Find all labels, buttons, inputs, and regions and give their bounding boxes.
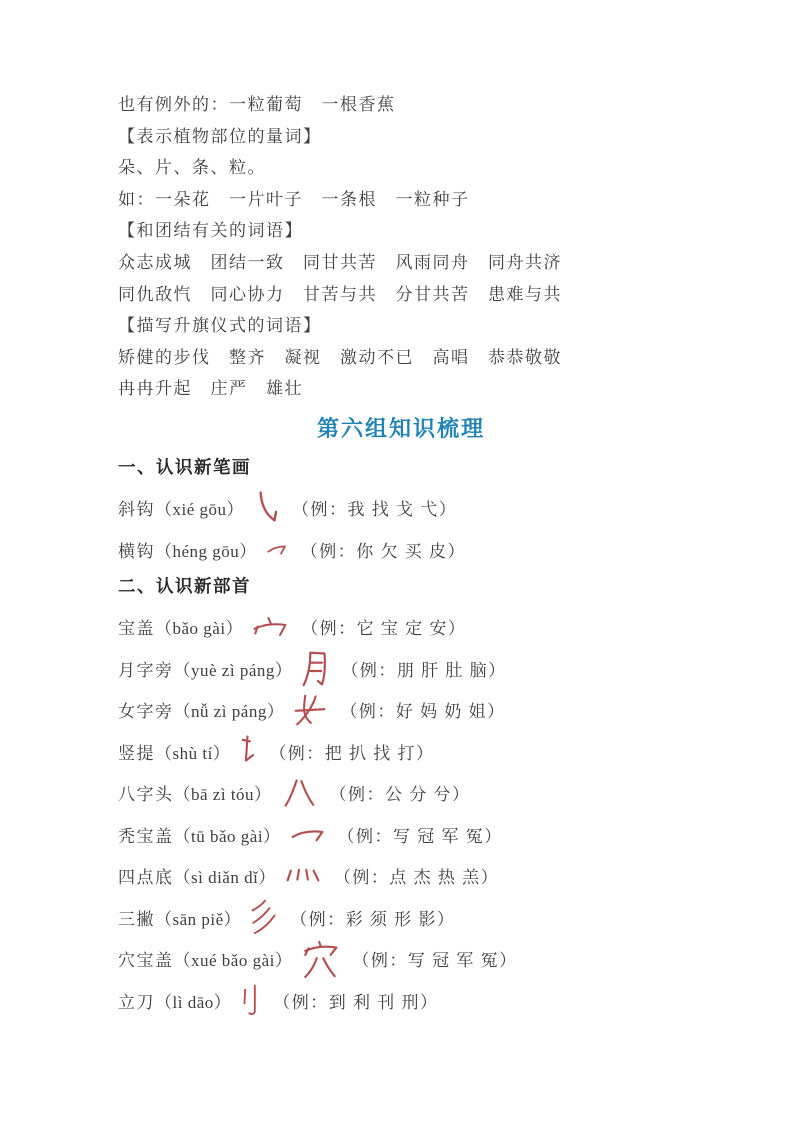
radical-label: 四点底 (118, 863, 174, 888)
radical-row-bazitou: 八字头（bā zì tóu） （例：公 分 兮） (118, 772, 684, 814)
radical-examples: （例：点 杰 热 羔） (334, 863, 499, 888)
radical-pinyin: （tū bǎo gài） (174, 822, 281, 847)
radical-examples: （例：它 宝 定 安） (301, 614, 466, 639)
text-line: 朵、片、条、粒。 (118, 159, 684, 178)
stroke-label: 斜钩 (118, 495, 155, 520)
bao-gai-radical-icon (253, 616, 287, 637)
text-line: 如：一朵花 一片叶子 一条根 一粒种子 (118, 191, 684, 210)
document-page: 也有例外的：一粒葡萄 一根香蕉 【表示植物部位的量词】 朵、片、条、粒。 如：一… (0, 0, 794, 1021)
radical-pinyin: （nǚ zì páng） (174, 697, 285, 722)
radical-examples: （例：写 冠 军 冤） (338, 822, 503, 847)
radical-label: 女字旁 (118, 697, 174, 722)
new-radicals-list: 宝盖（bǎo gài） （例：它 宝 定 安） 月字旁（yuè zì páng）… (118, 606, 684, 1021)
radical-row-lidao: 立刀（lì dāo） （例：到 利 刊 刑） (118, 979, 684, 1021)
radical-examples: （例：写 冠 军 冤） (352, 946, 517, 971)
text-line: 众志成城 团结一致 同甘共苦 风雨同舟 同舟共济 (118, 254, 684, 273)
radical-row-tubaogai: 秃宝盖（tū bǎo gài） （例：写 冠 军 冤） (118, 813, 684, 855)
radical-row-sanpie: 三撇（sān piě） （例：彩 须 形 影） (118, 896, 684, 938)
radical-pinyin: （sān piě） (155, 905, 241, 930)
radical-pinyin: （bā zì tóu） (174, 780, 272, 805)
radical-row-yuezipang: 月字旁（yuè zì páng） （例：朋 肝 肚 脑） (118, 647, 684, 689)
radical-label: 宝盖 (118, 614, 155, 639)
bracket-heading: 【表示植物部位的量词】 (118, 128, 684, 147)
stroke-pinyin: （héng gōu） (155, 537, 257, 562)
stroke-examples: （例：你 欠 买 皮） (301, 537, 466, 562)
bracket-heading: 【和团结有关的词语】 (118, 222, 684, 241)
radical-examples: （例：把 扒 找 打） (269, 739, 434, 764)
radical-examples: （例：彩 须 形 影） (290, 905, 455, 930)
stroke-examples: （例：我 找 戈 弋） (292, 495, 457, 520)
radical-row-baogai: 宝盖（bǎo gài） （例：它 宝 定 安） (118, 606, 684, 648)
radical-examples: （例：朋 肝 肚 脑） (341, 656, 506, 681)
radical-examples: （例：公 分 兮） (330, 780, 471, 805)
text-line: 矫健的步伐 整齐 凝视 激动不已 高唱 恭恭敬敬 (118, 349, 684, 368)
radical-pinyin: （yuè zì páng） (174, 656, 293, 681)
san-pie-radical-icon (251, 899, 276, 935)
radical-label: 秃宝盖 (118, 822, 174, 847)
radical-examples: （例：到 利 刊 刑） (273, 988, 438, 1013)
stroke-row-henggou: 横钩（héng gōu） （例：你 欠 买 皮） (118, 528, 684, 570)
measure-words-section: 也有例外的：一粒葡萄 一根香蕉 【表示植物部位的量词】 朵、片、条、粒。 如：一… (118, 96, 684, 399)
stroke-row-xiegou: 斜钩（xié gōu） （例：我 找 戈 弋） (118, 487, 684, 529)
yue-radical-icon (302, 650, 327, 687)
radical-label: 穴宝盖 (118, 946, 174, 971)
section-heading-new-radicals: 二、认识新部首 (118, 576, 684, 596)
li-dao-radical-icon (241, 982, 259, 1018)
radical-pinyin: （lì dāo） (155, 988, 231, 1013)
radical-label: 月字旁 (118, 656, 174, 681)
text-line: 冉冉升起 庄严 雄壮 (118, 380, 684, 399)
bracket-heading: 【描写升旗仪式的词语】 (118, 317, 684, 336)
si-dian-di-radical-icon (286, 868, 320, 883)
radical-pinyin: （sì diǎn dǐ） (174, 863, 276, 888)
radical-examples: （例：好 妈 奶 姐） (340, 697, 505, 722)
ba-zi-tou-radical-icon (282, 778, 316, 808)
stroke-label: 横钩 (118, 537, 155, 562)
tu-bao-gai-radical-icon (291, 827, 324, 842)
section-heading-new-strokes: 一、认识新笔画 (118, 457, 684, 477)
text-line: 同仇敌忾 同心协力 甘苦与共 分甘共苦 患难与共 (118, 286, 684, 305)
xie-gou-stroke-icon (254, 491, 278, 525)
heng-gou-stroke-icon (267, 542, 287, 556)
radical-row-nvzipang: 女字旁（nǚ zì páng） （例：好 妈 奶 姐） (118, 689, 684, 731)
radical-label: 立刀 (118, 988, 155, 1013)
radical-label: 八字头 (118, 780, 174, 805)
stroke-pinyin: （xié gōu） (155, 495, 244, 520)
radical-pinyin: （bǎo gài） (155, 614, 243, 639)
text-line: 也有例外的：一粒葡萄 一根香蕉 (118, 96, 684, 115)
radical-label: 竖提 (118, 739, 155, 764)
radical-row-shuti: 竖提（shù tí） （例：把 扒 找 打） (118, 730, 684, 772)
radical-pinyin: （xué bǎo gài） (174, 946, 293, 971)
xue-bao-gai-radical-icon (302, 940, 338, 978)
nv-radical-icon (294, 693, 326, 727)
shu-ti-stroke-icon (240, 735, 255, 767)
group-title: 第六组知识梳理 (118, 416, 684, 442)
radical-row-sidiandi: 四点底（sì diǎn dǐ） （例：点 杰 热 羔） (118, 855, 684, 897)
radical-row-xuebaogai: 穴宝盖（xué bǎo gài） （例：写 冠 军 冤） (118, 938, 684, 980)
radical-pinyin: （shù tí） (155, 739, 230, 764)
radical-label: 三撇 (118, 905, 155, 930)
new-strokes-list: 斜钩（xié gōu） （例：我 找 戈 弋） 横钩（héng gōu） （例：… (118, 487, 684, 570)
